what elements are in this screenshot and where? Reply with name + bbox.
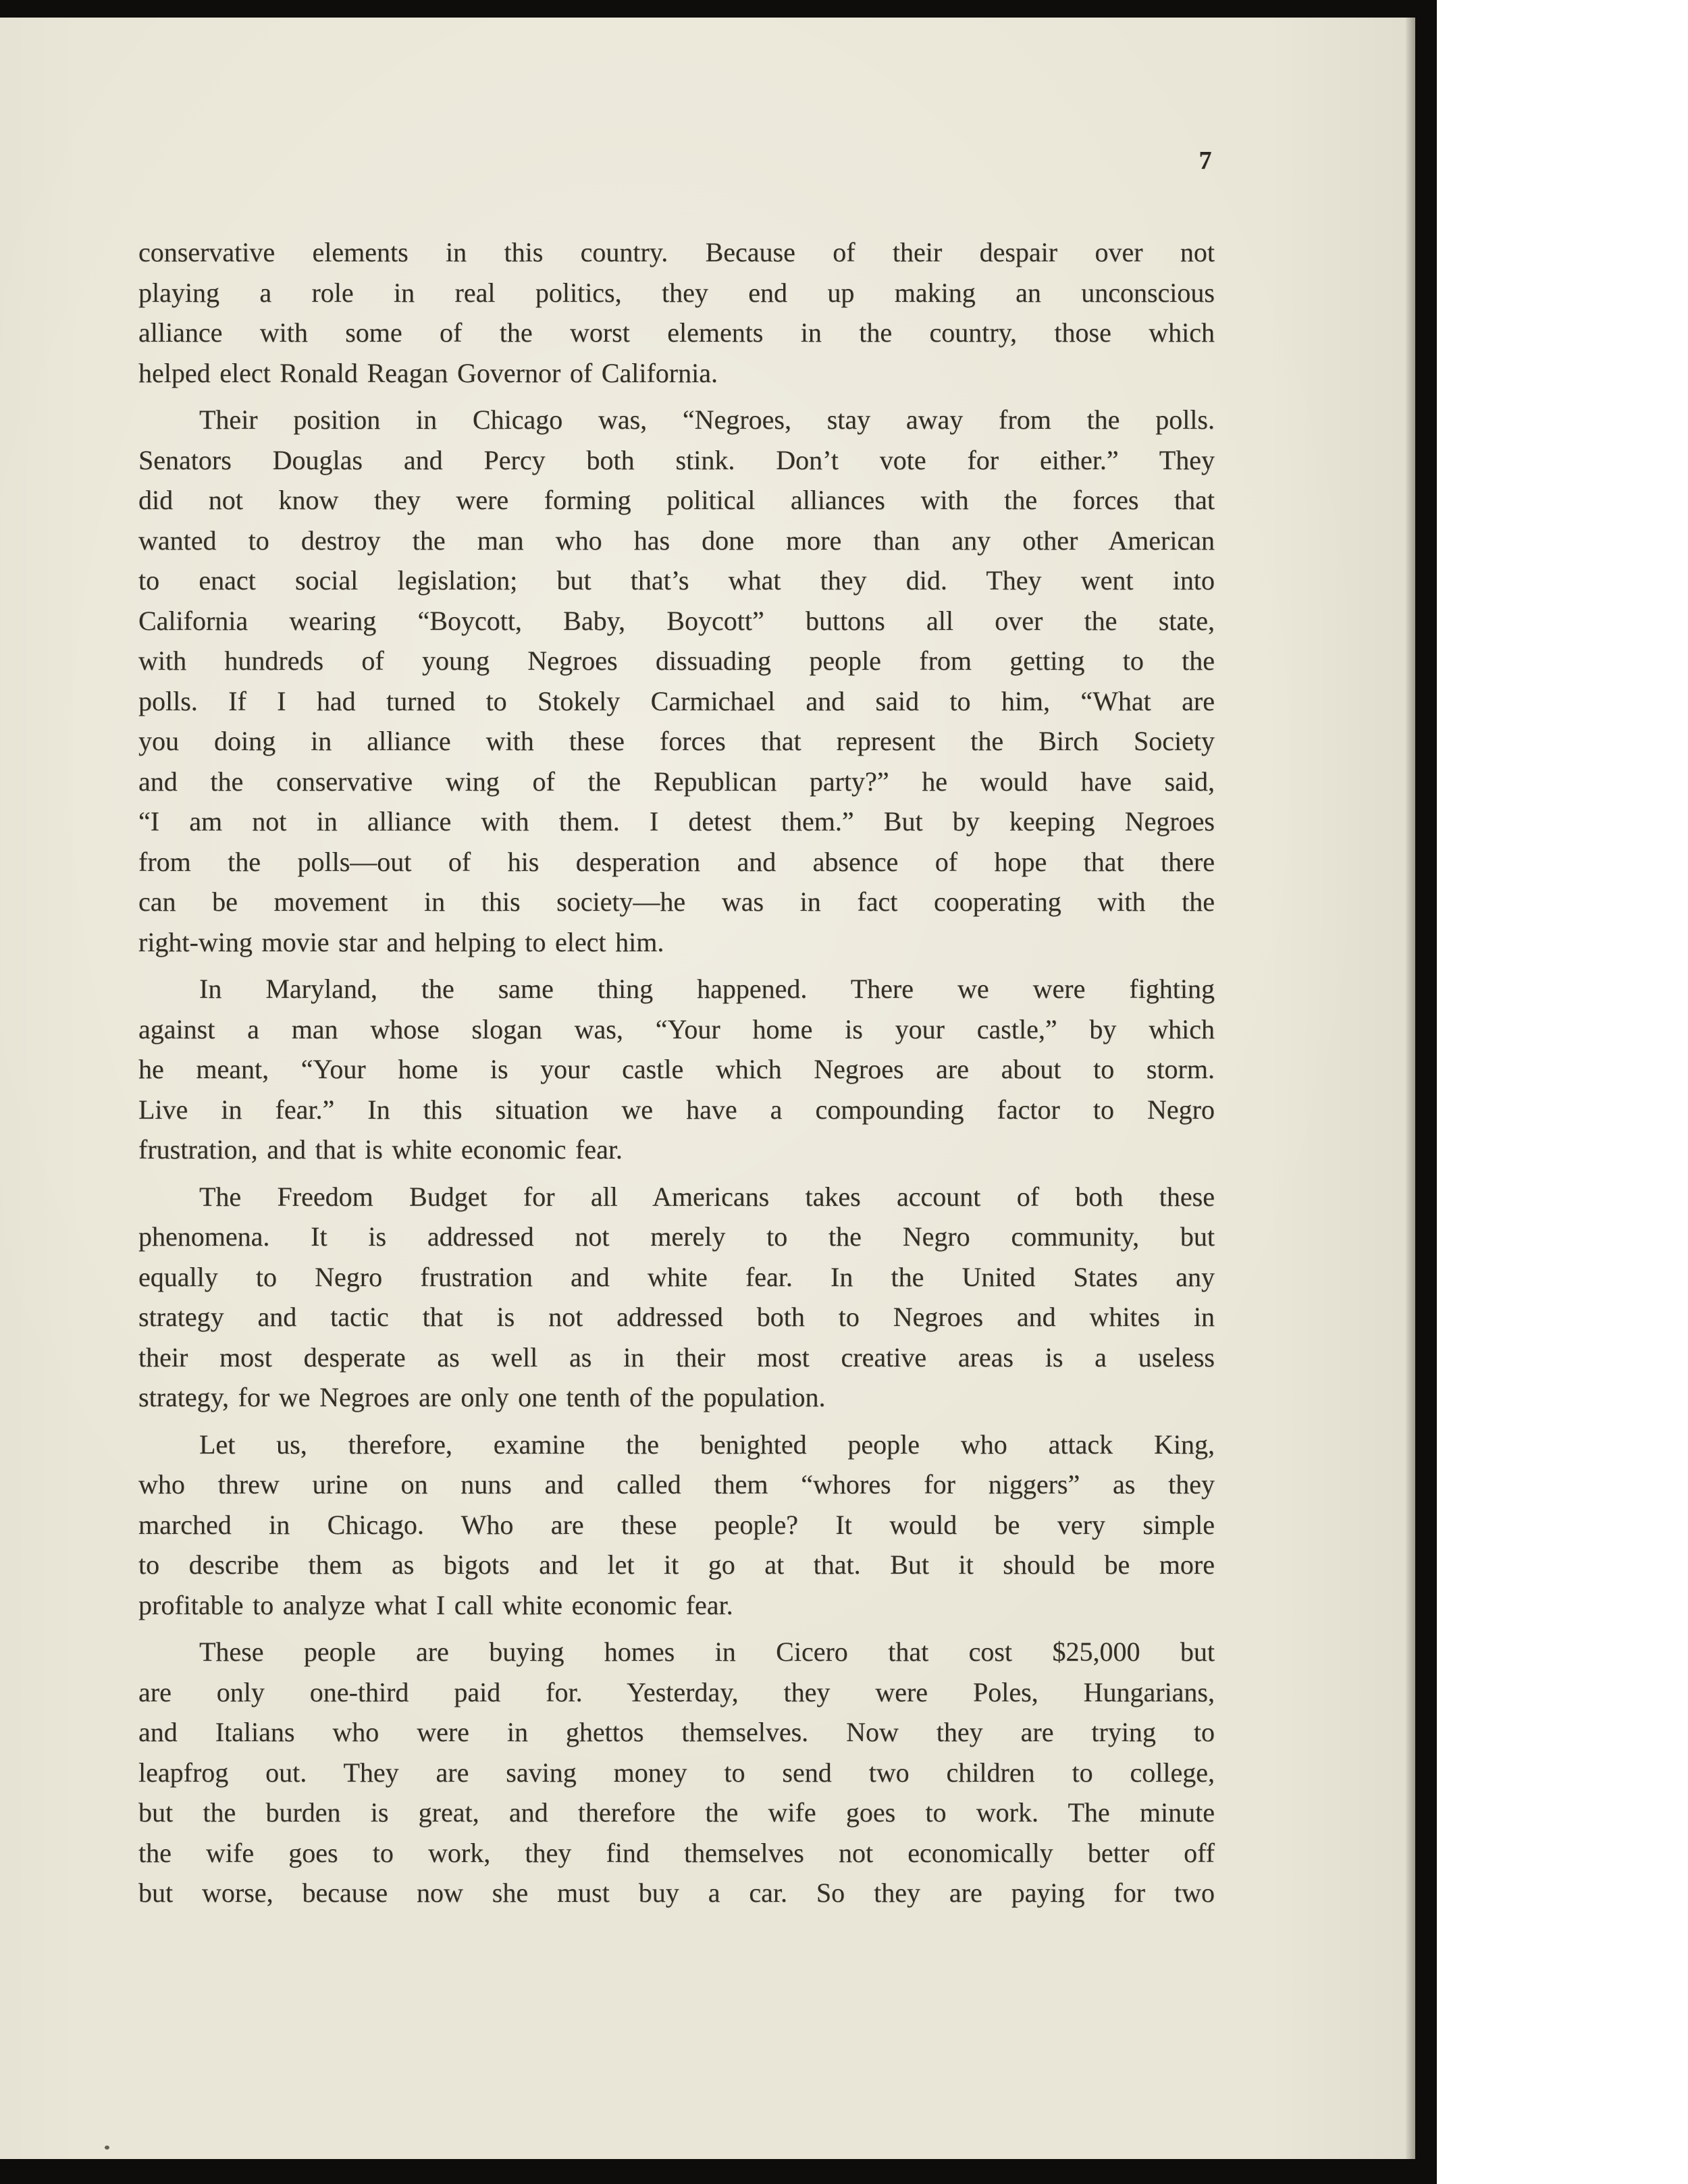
text-line: In Maryland, the same thing happened. Th… <box>138 969 1215 1009</box>
text-line: profitable to analyze what I call white … <box>138 1585 1215 1626</box>
paper-speck <box>105 2146 109 2150</box>
text-line: equally to Negro frustration and white f… <box>138 1257 1215 1298</box>
text-line: did not know they were forming political… <box>138 480 1215 521</box>
text-line: frustration, and that is white economic … <box>138 1129 1215 1170</box>
paragraph-5: Let us, therefore, examine the benighted… <box>138 1424 1215 1626</box>
text-line: right-wing movie star and helping to ele… <box>138 922 1215 963</box>
text-line: with hundreds of young Negroes dissuadin… <box>138 641 1215 681</box>
text-line: These people are buying homes in Cicero … <box>138 1632 1215 1672</box>
text-line: Let us, therefore, examine the benighted… <box>138 1424 1215 1465</box>
text-line: the wife goes to work, they find themsel… <box>138 1833 1215 1873</box>
text-line: from the polls—out of his desperation an… <box>138 842 1215 882</box>
page-text-block: conservative elements in this country. B… <box>138 232 1215 1913</box>
text-line: to describe them as bigots and let it go… <box>138 1545 1215 1585</box>
text-line: to enact social legislation; but that’s … <box>138 560 1215 601</box>
text-line: “I am not in alliance with them. I detes… <box>138 801 1215 842</box>
text-line: Senators Douglas and Percy both stink. D… <box>138 440 1215 481</box>
text-line: leapfrog out. They are saving money to s… <box>138 1753 1215 1793</box>
text-line: playing a role in real politics, they en… <box>138 273 1215 313</box>
text-line: strategy, for we Negroes are only one te… <box>138 1377 1215 1418</box>
paragraph-4: The Freedom Budget for all Americans tak… <box>138 1177 1215 1418</box>
text-line: Live in fear.” In this situation we have… <box>138 1090 1215 1130</box>
text-line: strategy and tactic that is not addresse… <box>138 1297 1215 1337</box>
book-scan-backdrop: 7 conservative elements in this country.… <box>0 0 1437 2184</box>
paragraph-3: In Maryland, the same thing happened. Th… <box>138 969 1215 1170</box>
page-edge-shadow <box>1406 18 1415 2159</box>
text-line: Their position in Chicago was, “Negroes,… <box>138 400 1215 440</box>
text-line: polls. If I had turned to Stokely Carmic… <box>138 681 1215 722</box>
paragraph-2: Their position in Chicago was, “Negroes,… <box>138 400 1215 962</box>
text-line: California wearing “Boycott, Baby, Boyco… <box>138 601 1215 641</box>
text-line: alliance with some of the worst elements… <box>138 313 1215 353</box>
text-line: he meant, “Your home is your castle whic… <box>138 1049 1215 1090</box>
text-line: conservative elements in this country. B… <box>138 232 1215 273</box>
text-line: helped elect Ronald Reagan Governor of C… <box>138 353 1215 394</box>
page-number: 7 <box>1188 146 1222 176</box>
text-line: who threw urine on nuns and called them … <box>138 1464 1215 1505</box>
text-line: wanted to destroy the man who has done m… <box>138 521 1215 561</box>
text-line: can be movement in this society—he was i… <box>138 882 1215 922</box>
book-page: 7 conservative elements in this country.… <box>0 18 1406 2159</box>
text-line: and the conservative wing of the Republi… <box>138 762 1215 802</box>
text-line: are only one-third paid for. Yesterday, … <box>138 1672 1215 1713</box>
text-line: and Italians who were in ghettos themsel… <box>138 1712 1215 1753</box>
text-line: but worse, because now she must buy a ca… <box>138 1873 1215 1913</box>
text-line: marched in Chicago. Who are these people… <box>138 1505 1215 1545</box>
screenshot-canvas: { "document": { "page_number": "7", "par… <box>0 0 1688 2184</box>
text-line: against a man whose slogan was, “Your ho… <box>138 1009 1215 1050</box>
text-line: The Freedom Budget for all Americans tak… <box>138 1177 1215 1217</box>
text-line: but the burden is great, and therefore t… <box>138 1792 1215 1833</box>
text-line: their most desperate as well as in their… <box>138 1337 1215 1378</box>
text-line: phenomena. It is addressed not merely to… <box>138 1217 1215 1257</box>
paragraph-6: These people are buying homes in Cicero … <box>138 1632 1215 1913</box>
text-line: you doing in alliance with these forces … <box>138 721 1215 762</box>
paragraph-1: conservative elements in this country. B… <box>138 232 1215 393</box>
